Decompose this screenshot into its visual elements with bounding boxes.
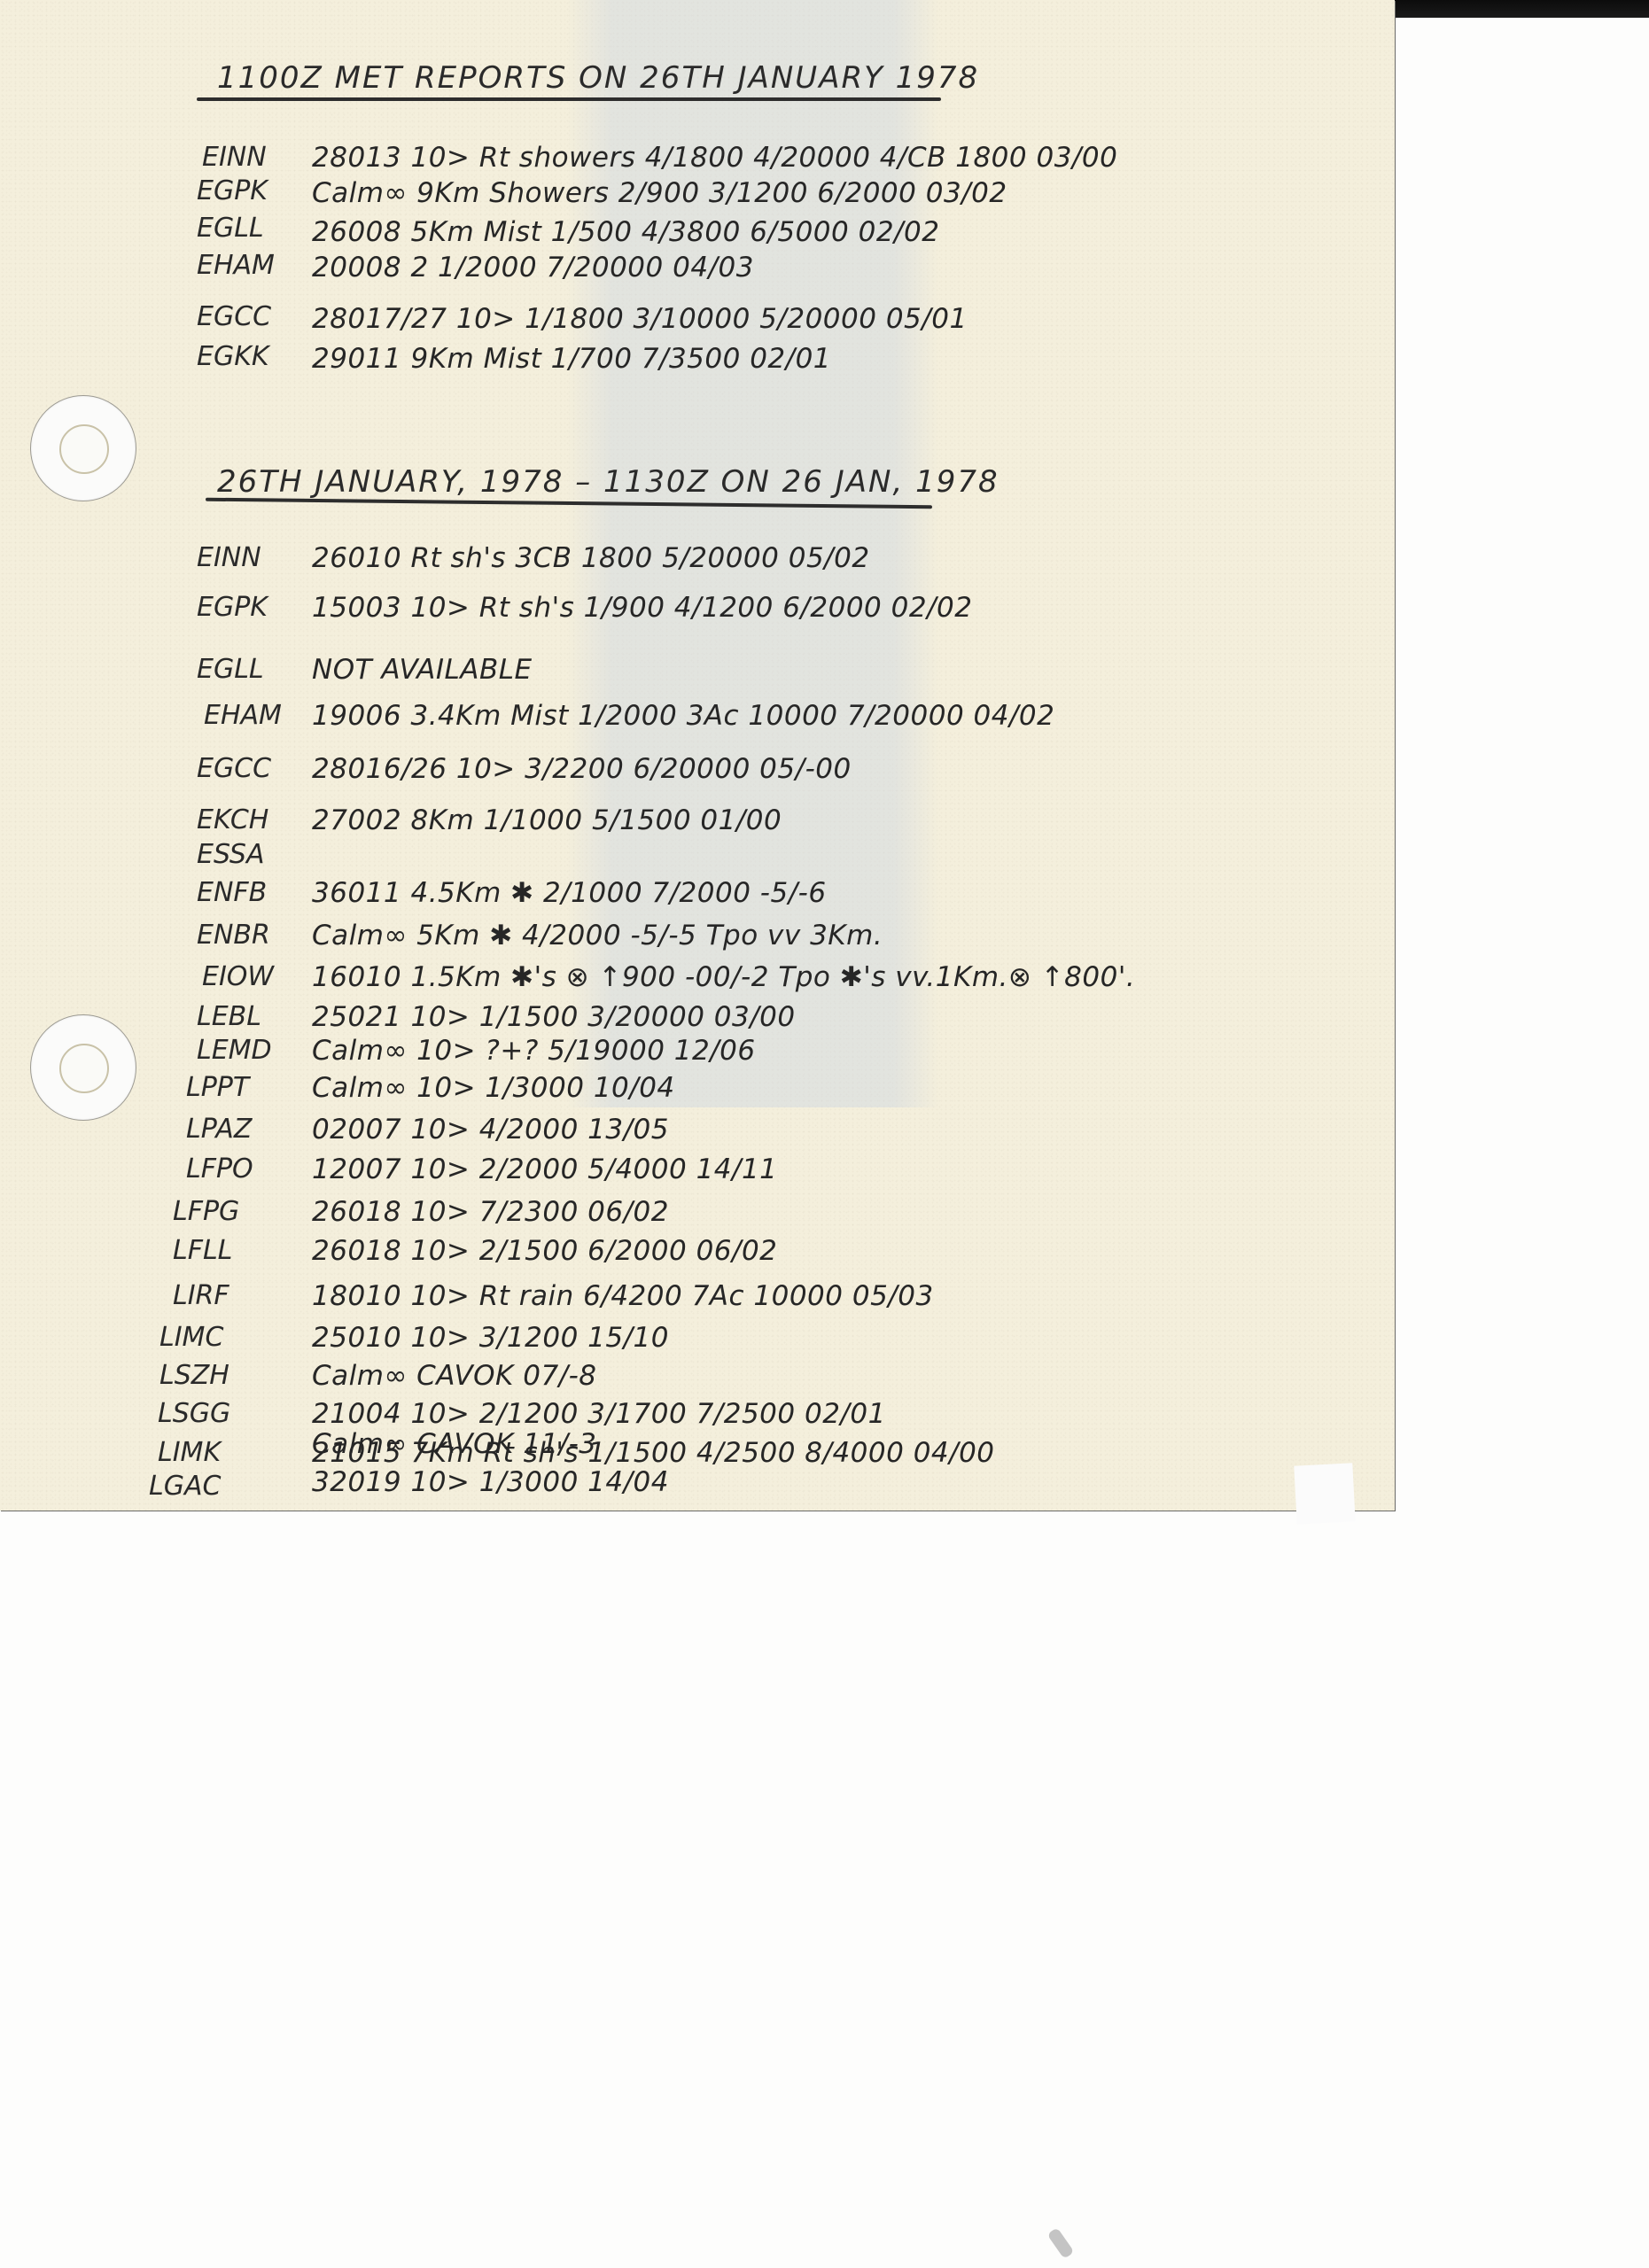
met-report: 27002 8Km 1/1000 5/1500 01/00 [312, 804, 782, 836]
met-report: 12007 10> 2/2000 5/4000 14/11 [312, 1153, 777, 1185]
station-code: ENBR [197, 920, 270, 951]
station-code: EGPK [197, 175, 268, 206]
station-code: LSGG [158, 1398, 230, 1429]
binder-hole-bottom [30, 1014, 136, 1121]
station-code: LGAC [149, 1471, 221, 1502]
log-sheet: 1100Z MET REPORTS ON 26TH JANUARY 1978 E… [0, 0, 1395, 1511]
met-report: Calm∞ CAVOK 11/-3 [312, 1428, 597, 1460]
station-code: LIRF [173, 1280, 229, 1311]
station-code: EINN [202, 142, 267, 173]
section2-title: 26TH JANUARY, 1978 – 1130Z ON 26 JAN, 19… [217, 464, 1000, 500]
met-report: 25010 10> 3/1200 15/10 [312, 1322, 669, 1354]
met-report: 28016/26 10> 3/2200 6/20000 05/-00 [312, 753, 852, 785]
station-code: EGLL [197, 654, 264, 685]
met-report: 28017/27 10> 1/1800 3/10000 5/20000 05/0… [312, 303, 968, 335]
met-report: 18010 10> Rt rain 6/4200 7Ac 10000 05/03 [312, 1280, 934, 1312]
station-code: ENFB [197, 877, 267, 908]
met-report: Calm∞ 10> 1/3000 10/04 [312, 1072, 675, 1104]
station-code: LFPG [173, 1196, 239, 1227]
section1-title: 1100Z MET REPORTS ON 26TH JANUARY 1978 [217, 60, 979, 96]
station-code: LSZH [159, 1360, 229, 1391]
met-report: Calm∞ 10> ?+? 5/19000 12/06 [312, 1035, 756, 1067]
station-code: LIMK [158, 1437, 221, 1468]
station-code: LEBL [197, 1001, 261, 1032]
station-code: LIMC [159, 1322, 223, 1353]
station-code: EHAM [197, 250, 275, 281]
station-code: EIOW [202, 961, 274, 992]
met-report: 19006 3.4Km Mist 1/2000 3Ac 10000 7/2000… [312, 700, 1054, 732]
met-report: 26010 Rt sh's 3CB 1800 5/20000 05/02 [312, 542, 870, 574]
station-code: EGCC [197, 753, 271, 784]
station-code: LFLL [173, 1235, 232, 1266]
met-report: 26008 5Km Mist 1/500 4/3800 6/5000 02/02 [312, 216, 939, 248]
met-report: 26018 10> 7/2300 06/02 [312, 1196, 669, 1228]
met-report: 32019 10> 1/3000 14/04 [312, 1466, 669, 1498]
station-code: LPAZ [186, 1114, 252, 1145]
binder-hole-top [30, 395, 136, 501]
station-code: EKCH [197, 804, 268, 835]
station-code: LFPO [186, 1153, 253, 1184]
met-report: Calm∞ 5Km ✱ 4/2000 -5/-5 Tpo vv 3Km. [312, 920, 883, 951]
met-report: Calm∞ CAVOK 07/-8 [312, 1360, 597, 1392]
station-code: ESSA [197, 839, 265, 870]
met-report: 28013 10> Rt showers 4/1800 4/20000 4/CB… [312, 142, 1117, 174]
section1-underline [197, 97, 941, 101]
met-report: 25021 10> 1/1500 3/20000 03/00 [312, 1001, 796, 1033]
station-code: EGLL [197, 213, 264, 244]
met-report: 15003 10> Rt sh's 1/900 4/1200 6/2000 02… [312, 592, 972, 624]
met-report: 16010 1.5Km ✱'s ⊗ ↑900 -00/-2 Tpo ✱'s vv… [312, 961, 1135, 993]
met-report: Calm∞ 9Km Showers 2/900 3/1200 6/2000 03… [312, 177, 1007, 209]
met-report: 21004 10> 2/1200 3/1700 7/2500 02/01 [312, 1398, 886, 1430]
station-code: EGCC [197, 301, 271, 332]
station-code: EINN [197, 542, 261, 573]
met-report: 20008 2 1/2000 7/20000 04/03 [312, 252, 754, 283]
station-code: LEMD [197, 1035, 272, 1066]
scan-mark [1047, 2227, 1075, 2259]
met-report: 02007 10> 4/2000 13/05 [312, 1114, 669, 1146]
corner-patch [1294, 1463, 1355, 1524]
station-code: EGKK [197, 341, 269, 372]
station-code: EGPK [197, 592, 268, 623]
station-code: EHAM [204, 700, 282, 731]
met-report: 36011 4.5Km ✱ 2/1000 7/2000 -5/-6 [312, 877, 827, 909]
station-code: LPPT [186, 1072, 249, 1103]
met-report: 26018 10> 2/1500 6/2000 06/02 [312, 1235, 777, 1267]
met-report: NOT AVAILABLE [312, 654, 533, 686]
met-report: 29011 9Km Mist 1/700 7/3500 02/01 [312, 343, 831, 375]
